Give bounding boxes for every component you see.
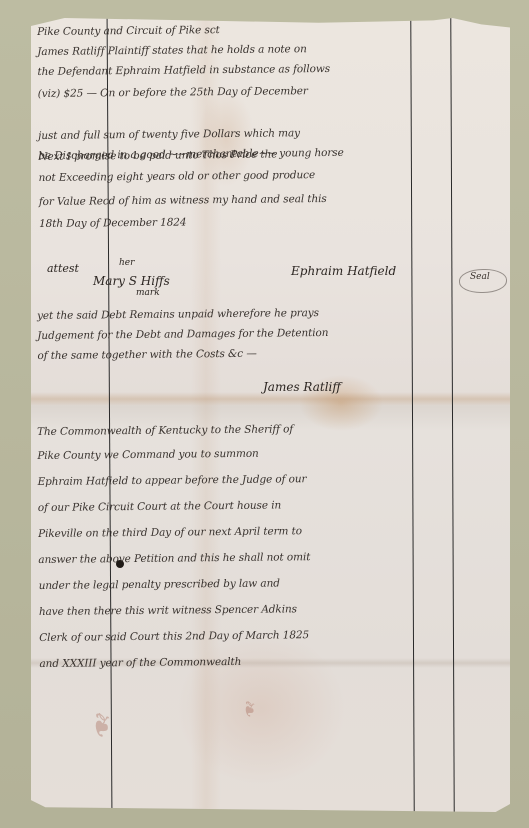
bleed-through-ink: ❧ <box>81 708 121 737</box>
summons-line: Pikeville on the third Day of our next A… <box>38 525 302 540</box>
summons-line: Clerk of our said Court this 2nd Day of … <box>39 629 309 644</box>
summons-line: and XXXIII year of the Commonwealth <box>39 656 241 670</box>
petition-line: James Ratliff Plaintiff states that he h… <box>37 43 307 58</box>
summons-line: Ephraim Hatfield to appear before the Ju… <box>38 473 307 488</box>
ledger-rule <box>410 18 414 812</box>
fold-crease <box>31 392 510 406</box>
petition-line: Pike County and Circuit of Pike sct <box>37 24 220 38</box>
summons-line: answer the above Petition and this he sh… <box>38 551 310 566</box>
claim-line: Judgement for the Debt and Damages for t… <box>37 327 328 342</box>
witness-name: Mary S Hiffs <box>93 274 170 288</box>
manuscript-page: ❧ ❧ Pike County and Circuit of Pike sct … <box>31 18 510 812</box>
summons-line: of our Pike Circuit Court at the Court h… <box>38 499 281 514</box>
claim-text: yet the said Debt Remains unpaid wherefo… <box>37 305 504 310</box>
summons-line: The Commonwealth of Kentucky to the Sher… <box>37 423 293 438</box>
petition-line: not Exceeding eight years old or other g… <box>39 169 316 184</box>
petition-line: for Value Recd of him as witness my hand… <box>39 193 327 208</box>
summons-line: under the legal penalty prescribed by la… <box>39 577 280 592</box>
witness-mark-above: her <box>119 258 134 268</box>
bleed-through-ink: ❧ <box>236 698 261 716</box>
claim-line: of the same together with the Costs &c — <box>37 348 256 362</box>
ledger-rule <box>450 18 454 812</box>
signatory-name: Ephraim Hatfield <box>291 264 396 278</box>
petition-line: the Defendant Ephraim Hatfield in substa… <box>37 63 330 78</box>
petition-line: just and full sum of twenty five Dollars… <box>38 127 300 142</box>
claim-line: yet the said Debt Remains unpaid wherefo… <box>37 307 319 322</box>
petition-line: 18th Day of December 1824 <box>39 216 186 230</box>
witness-mark-below: mark <box>136 288 160 298</box>
seal-label: Seal <box>470 272 490 282</box>
summons-line: have then there this writ witness Spence… <box>39 603 297 618</box>
summons-text: The Commonwealth of Kentucky to the Sher… <box>37 421 504 426</box>
petition-line: be Discharged in a good ~~merchantable~~… <box>38 147 343 162</box>
summons-line: Pike County we Command you to summon <box>37 448 259 462</box>
plaintiff-signature: James Ratliff <box>263 380 341 394</box>
petition-line: (viz) $25 — On or before the 25th Day of… <box>38 85 308 100</box>
attest-label: attest <box>47 262 79 275</box>
